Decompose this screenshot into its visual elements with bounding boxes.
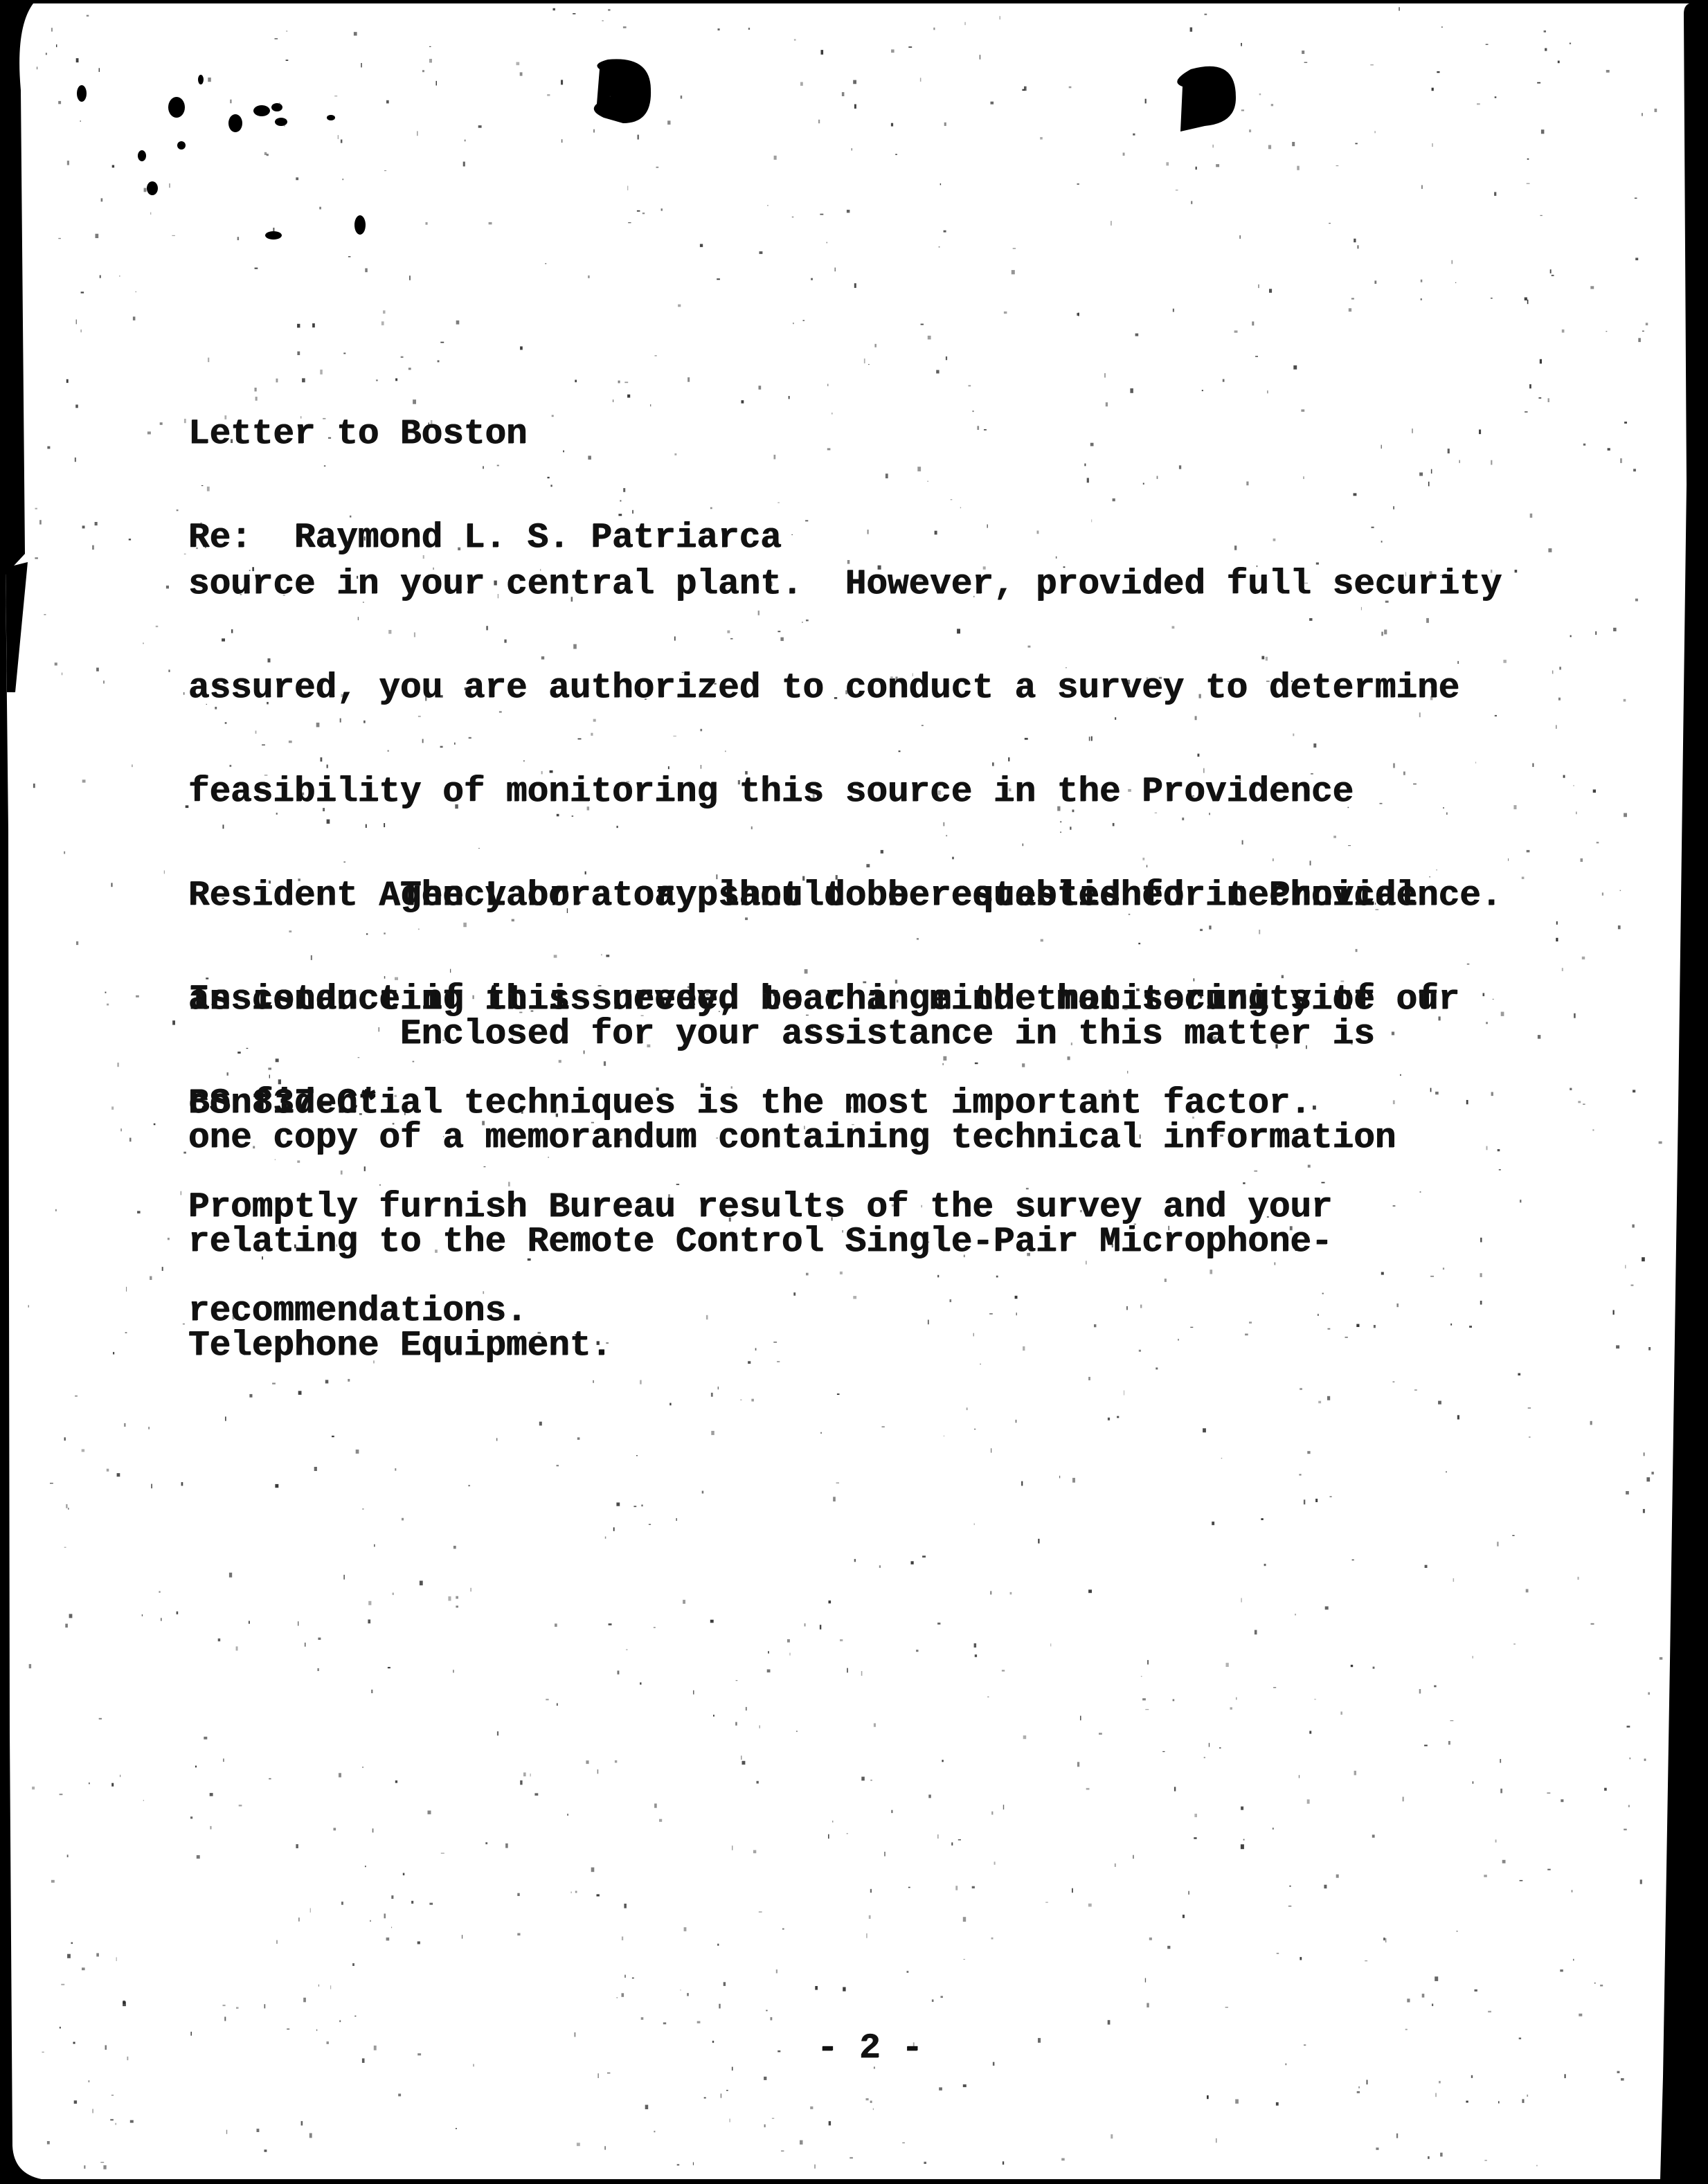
- text-line: source in your central plant. However, p…: [188, 568, 1502, 602]
- header-recipient: Letter to Boston: [188, 417, 782, 452]
- text-line: one copy of a memorandum containing tech…: [188, 1121, 1396, 1156]
- page-number: - 2 -: [817, 2032, 923, 2066]
- text-line: feasibility of monitoring this source in…: [188, 775, 1502, 810]
- text-line: The Laboratory should be requested for t…: [188, 879, 1439, 914]
- text-line: relating to the Remote Control Single-Pa…: [188, 1225, 1396, 1260]
- text-line: Enclosed for your assistance in this mat…: [188, 1018, 1396, 1052]
- document-page: Letter to Boston Re: Raymond L. S. Patri…: [0, 0, 1708, 2184]
- text-line: assured, you are authorized to conduct a…: [188, 671, 1502, 706]
- paragraph-enclosure: Enclosed for your assistance in this mat…: [188, 948, 1396, 1433]
- text-line: Telephone Equipment.: [188, 1329, 1396, 1364]
